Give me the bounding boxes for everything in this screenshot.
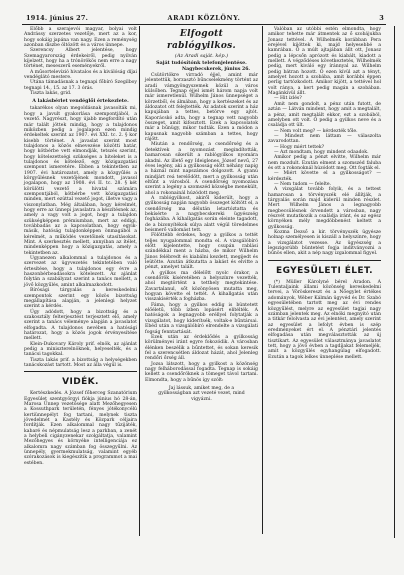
column-1: Előbb a szerajevói magyar, bolyai volt A… [24, 27, 137, 542]
paragraph: A műsortelevízió hivatalos és a kiválósá… [24, 70, 137, 81]
paragraph: Szerencsy Albert jelentése, hogy Szemagy… [24, 48, 137, 69]
paragraph: Kozma Dezső a kir. törvényszék ügyésze h… [268, 230, 381, 257]
section-rule [24, 371, 137, 372]
page-edge-rule [394, 26, 395, 538]
closing-quote: Jaj lássuk, amiket meg, de a gyilkosságb… [145, 386, 258, 402]
column-2: Elfogott rablógyilkos. (Az Aradi saját. … [145, 27, 258, 535]
paragraph: — Miért követte el a gyilkosságot? — kér… [268, 171, 381, 182]
paragraph: Amikor pedig a pénzt elvitte, Wilhelm má… [268, 155, 381, 171]
paragraph: Utána támadásnak a tegnapi főbíró Szegil… [24, 80, 137, 91]
paragraph: Ugyanezen alkalommal a tulajdonos és a s… [24, 256, 137, 288]
article-subtitle: A lakásbérlet vendéglői értekezlete. [24, 98, 137, 104]
paragraph: Kertészkedés. A József főherceg Szanatór… [24, 391, 137, 466]
section-title-egyesuleti-elet: EGYESÜLETI ÉLET. [268, 264, 381, 278]
paragraph: Ezek után az érdeklődés a gyilkosság kör… [145, 335, 258, 362]
newspaper-title: ARADI KÖZLÖNY. [22, 14, 386, 22]
paragraph: Tiszta lakás, grid. [24, 91, 137, 96]
section-title-videk: VIDÉK. [24, 375, 137, 389]
column-divider [262, 26, 263, 534]
paragraph: — Mindezt nem láttam — válaszolta zavaro… [268, 134, 381, 145]
header-rule [22, 24, 386, 25]
paragraph: Jozsa látszott, hogy a gyilkost a közöns… [145, 362, 258, 383]
paragraph: Fáma, hogy a gyilkos eddig is büntetett … [145, 303, 258, 335]
article-headline: Elfogott rablógyilkos. [145, 28, 258, 52]
paragraph: Úgy adódott, hogy a bizottság és a szako… [24, 310, 137, 342]
page-number: 3 [379, 14, 384, 22]
paragraph: A rablógyilkost, akiről kiderült, hogy a… [145, 196, 258, 233]
paragraph: A gyilkos ma délelőtt nyolc órakor, a cs… [145, 271, 258, 303]
article-subhead: (Az Aradi saját. kép.) [145, 53, 258, 60]
paragraph: Miután a rendőrség, a csendőrség és a de… [145, 142, 258, 195]
column-divider [139, 26, 140, 536]
paragraph: Valóban az utóbbi estén elmondta, hogy a… [268, 27, 381, 96]
paragraph: Tiszta lakás prif. a bizottság a helység… [24, 358, 137, 369]
page-header: 1914. június 27. ARADI KÖZLÖNY. 3 [22, 14, 386, 24]
paragraph: Amit nem gondolt, a pénz után futott, de… [268, 102, 381, 129]
paragraph: Csütörtökre virradó éjjel, amint már jel… [145, 73, 258, 142]
section-rule [268, 260, 381, 261]
paragraph: Előbb a szerajevói magyar, bolyai volt A… [24, 27, 137, 48]
paragraph: Bírósági tárgyalás a kereskedelmi szempo… [24, 288, 137, 309]
paragraph: A vizsgálat tovább folyik, és a tettest … [268, 187, 381, 230]
paragraph: Klein-Dukovary Károly prif. elnök, az aj… [24, 342, 137, 358]
paragraph: takarékos olyan megoldásnak javasolták m… [24, 106, 137, 256]
paragraph: Fölöttébb érdekes, hogy a gyilkos a tett… [145, 233, 258, 270]
article-source: Saját tudósítónk telefonjelentése. [145, 60, 258, 67]
column-3: Valóban az utóbbi estén elmondta, hogy a… [268, 27, 381, 535]
paragraph: (*) Müller Károlyné bérel Aradon. A Tule… [268, 280, 381, 360]
